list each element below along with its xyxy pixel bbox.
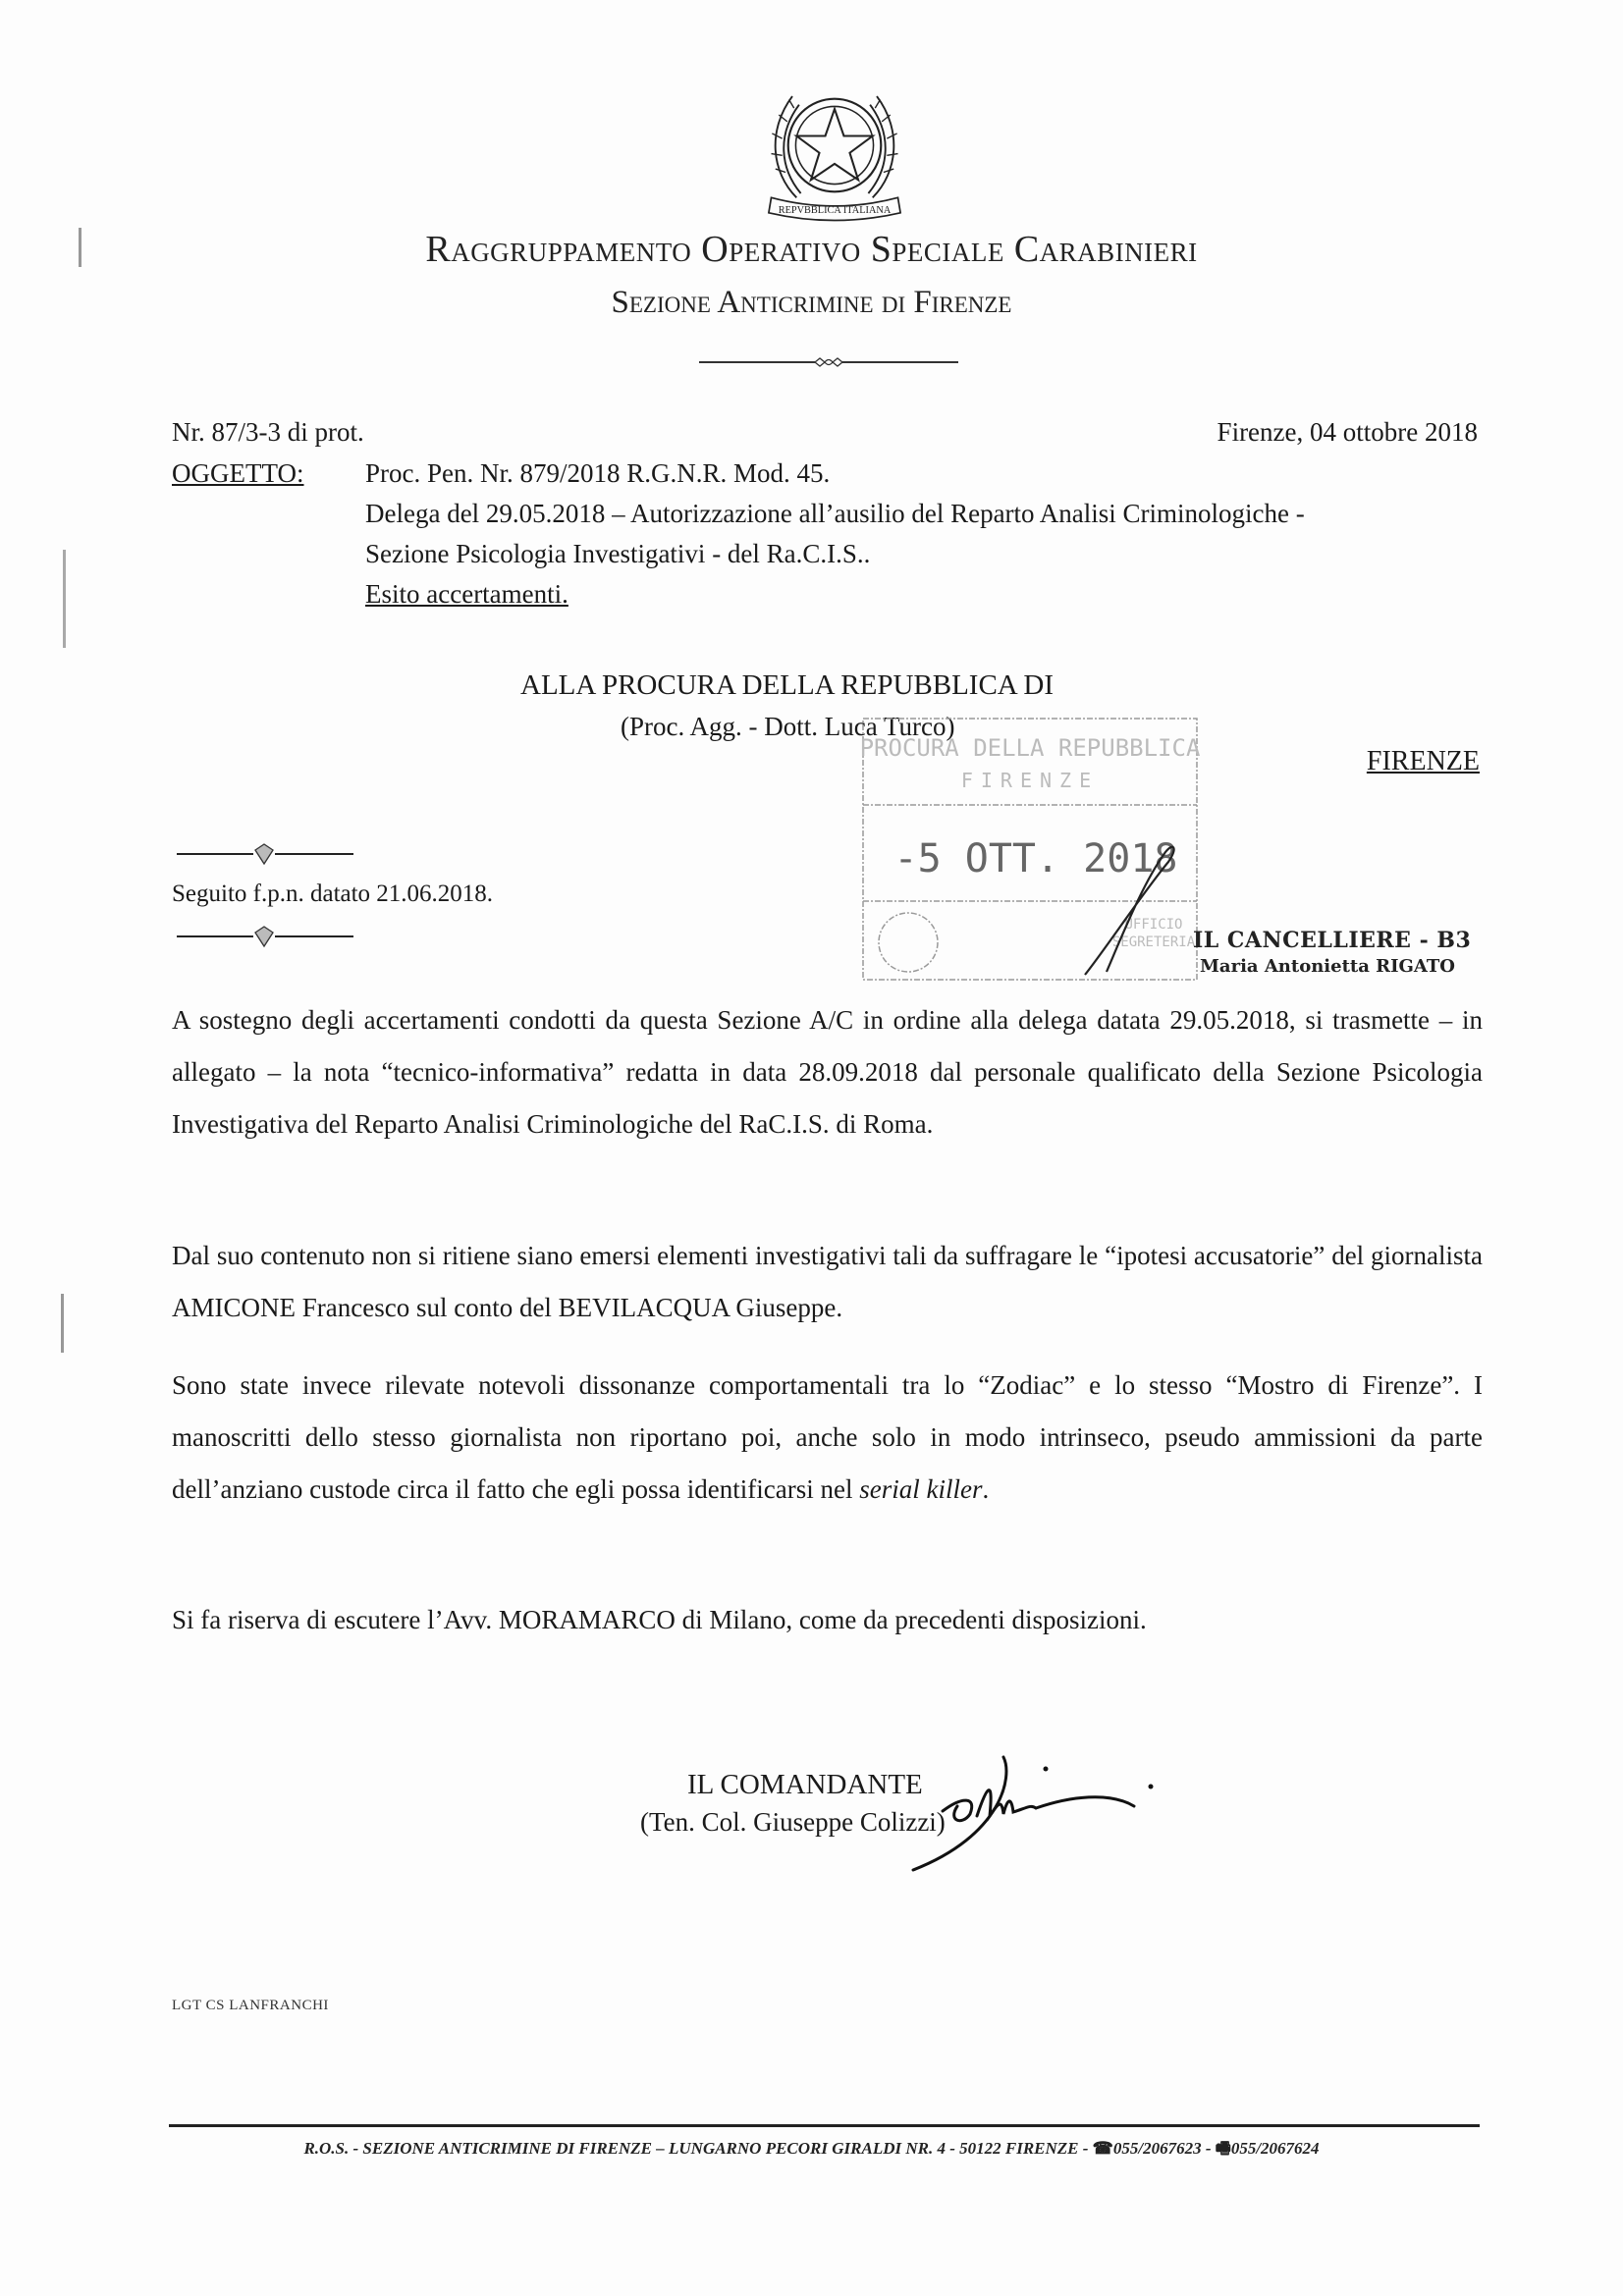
subject-line: Delega del 29.05.2018 – Autorizzazione a… <box>365 496 1305 536</box>
svg-text:PROCURA DELLA REPUBBLICA: PROCURA DELLA REPUBBLICA <box>860 734 1201 762</box>
scan-mark <box>79 228 81 267</box>
scan-mark <box>63 550 66 648</box>
phone-icon: ☎ <box>1093 2139 1113 2158</box>
signatory-name: (Ten. Col. Giuseppe Colizzi) <box>640 1804 946 1840</box>
subject-line: Sezione Psicologia Investigativi - del R… <box>365 536 1305 576</box>
signatory-title: IL COMANDANTE <box>687 1767 923 1802</box>
clerk-name: Maria Antonietta RIGATO <box>1200 956 1455 977</box>
ornament-divider <box>177 842 353 866</box>
svg-text:-5 OTT. 2018: -5 OTT. 2018 <box>894 836 1178 881</box>
body-paragraph: Si fa riserva di escutere l’Avv. MORAMAR… <box>172 1594 1483 1646</box>
svg-text:UFFICIO: UFFICIO <box>1124 917 1182 933</box>
place-date: Firenze, 04 ottobre 2018 <box>1217 414 1478 450</box>
italic-term: serial killer <box>859 1474 982 1504</box>
addressee-office: ALLA PROCURA DELLA REPUBBLICA DI <box>520 667 1054 703</box>
author-initials: LGT CS LANFRANCHI <box>172 1998 329 2014</box>
subject-line: Proc. Pen. Nr. 879/2018 R.G.N.R. Mod. 45… <box>365 455 1305 496</box>
body-paragraph: A sostegno degli accertamenti condotti d… <box>172 994 1483 1150</box>
fax-icon: 🖷 <box>1216 2139 1231 2158</box>
handwritten-signature-icon <box>903 1728 1227 1885</box>
ornament-divider <box>177 925 353 948</box>
clerk-title: IL CANCELLIERE - B3 <box>1193 928 1471 953</box>
footer-divider <box>169 2124 1480 2127</box>
addressee-city: FIRENZE <box>1367 744 1480 779</box>
phone-number: 055/2067623 <box>1113 2139 1202 2158</box>
subject-line-outcome: Esito accertamenti. <box>365 576 1305 616</box>
svg-text:SEGRETERIA: SEGRETERIA <box>1112 934 1196 950</box>
body-paragraph: Sono state invece rilevate notevoli diss… <box>172 1360 1483 1516</box>
header-section: Sezione Anticrimine di Firenze <box>0 285 1623 321</box>
svg-text:REPVBBLICA ITALIANA: REPVBBLICA ITALIANA <box>779 205 892 216</box>
protocol-number: Nr. 87/3-3 di prot. <box>172 414 364 450</box>
header-ornament-divider <box>699 355 958 369</box>
scan-mark <box>61 1294 64 1353</box>
svg-text:FIRENZE: FIRENZE <box>961 769 1099 792</box>
italian-republic-emblem-icon: REPVBBLICA ITALIANA <box>750 69 919 234</box>
footer-contact: R.O.S. - SEZIONE ANTICRIMINE DI FIRENZE … <box>0 2136 1623 2164</box>
reference-note: Seguito f.p.n. datato 21.06.2018. <box>172 877 493 912</box>
body-paragraph: Dal suo contenuto non si ritiene siano e… <box>172 1230 1483 1334</box>
fax-number: 055/2067624 <box>1231 2139 1320 2158</box>
header-organization: Raggruppamento Operativo Speciale Carabi… <box>0 228 1623 271</box>
subject-label: OGGETTO: <box>172 455 304 491</box>
subject-lines: Proc. Pen. Nr. 879/2018 R.G.N.R. Mod. 45… <box>365 455 1305 616</box>
